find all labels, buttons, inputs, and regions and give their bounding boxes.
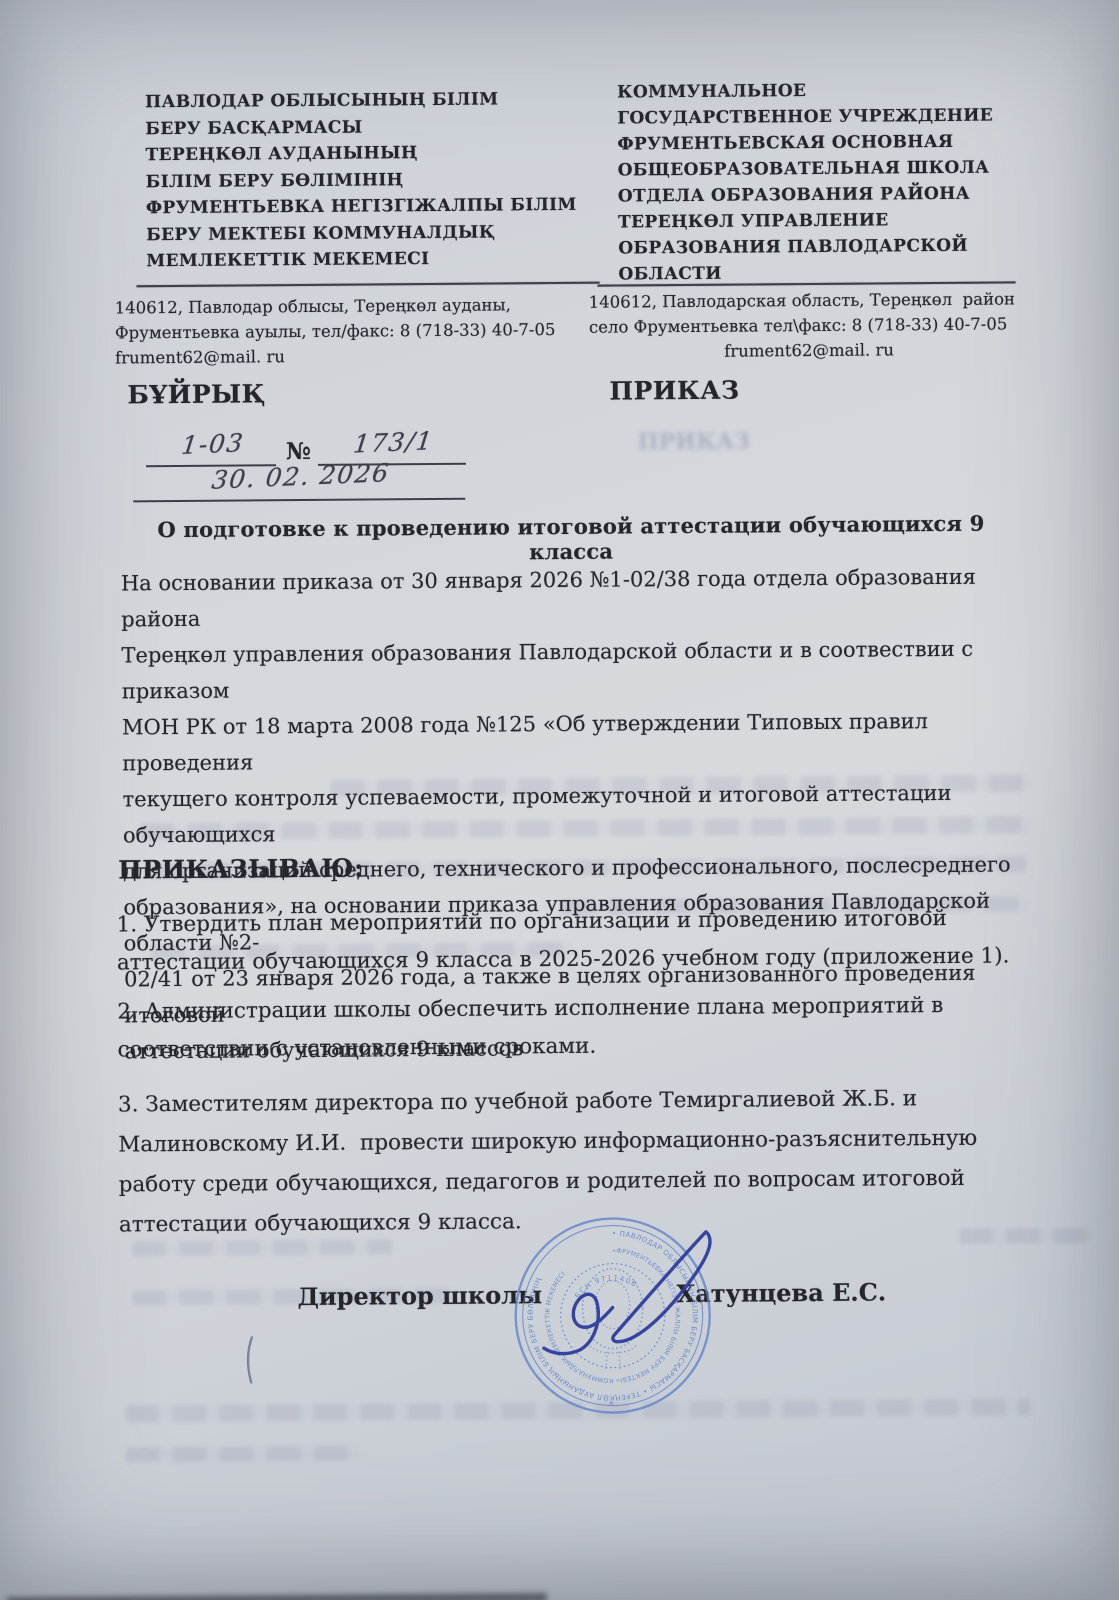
bleedthrough-word: ПРИКАЗ	[638, 428, 750, 455]
address-line: село Фрументьевка тел\факс: 8 (718-33) 4…	[589, 311, 1029, 339]
bleedthrough-line	[126, 1446, 361, 1463]
order-date-underline: 30. 02. 2026	[133, 464, 465, 503]
address-line: frument62@mail. ru	[589, 336, 1029, 364]
pen-mark	[243, 1334, 265, 1386]
stamp-star: *	[609, 1401, 614, 1411]
order-number-underline-left: 1-03	[146, 430, 276, 467]
order-number-handwritten: 1-03	[180, 428, 246, 460]
svg-text:• ПАВЛОДАР ОБЛЫСЫНЫҢ БІЛІМ БЕР: • ПАВЛОДАР ОБЛЫСЫНЫҢ БІЛІМ БЕРУ БАСҚАРМА…	[526, 1229, 699, 1402]
address-line: Фрументьевка ауылы, тел/факс: 8 (718-33)…	[115, 317, 595, 346]
order-label-russian: ПРИКАЗ	[609, 376, 739, 406]
photo-bottom-shadow	[7, 1593, 547, 1600]
address-kazakh: 140612, Павлодар облысы, Тереңкөл ауданы…	[115, 292, 596, 371]
resolve-heading: ПРИКАЗЫВАЮ:	[118, 854, 364, 885]
document-page: ПРИКАЗ ПАВЛОДАР ОБЛЫСЫНЫҢ БІЛІМ БЕРУ БАС…	[0, 0, 1119, 1600]
order-item-2: 2. Администрации школы обеспечить исполн…	[117, 986, 1058, 1069]
official-stamp: • ПАВЛОДАР ОБЛЫСЫНЫҢ БІЛІМ БЕРУ БАСҚАРМА…	[494, 1203, 756, 1435]
address-russian: 140612, Павлодарская область, Тереңкөл р…	[589, 286, 1030, 364]
stamp-ring-outer-text: • ПАВЛОДАР ОБЛЫСЫНЫҢ БІЛІМ БЕРУ БАСҚАРМА…	[526, 1229, 699, 1402]
paper-sheet: ПРИКАЗ ПАВЛОДАР ОБЛЫСЫНЫҢ БІЛІМ БЕРУ БАС…	[0, 0, 1119, 1600]
order-number-suffix-handwritten: 173/1	[352, 426, 435, 458]
address-line: 140612, Павлодар облысы, Тереңкөл ауданы…	[115, 292, 595, 321]
address-line: 140612, Павлодарская область, Тереңкөл р…	[589, 286, 1029, 314]
address-line: frument62@mail. ru	[115, 342, 595, 371]
letterhead-kazakh: ПАВЛОДАР ОБЛЫСЫНЫҢ БІЛІМ БЕРУ БАСҚАРМАСЫ…	[145, 86, 596, 275]
divider-left	[137, 282, 600, 288]
letterhead-russian: КОММУНАЛЬНОЕ ГОСУДАРСТВЕННОЕ УЧРЕЖДЕНИЕ …	[617, 76, 1029, 287]
order-label-kazakh: БҰЙРЫҚ	[127, 379, 266, 409]
order-item-1: 1. Утвердить план мероприятий по организ…	[116, 899, 1057, 982]
